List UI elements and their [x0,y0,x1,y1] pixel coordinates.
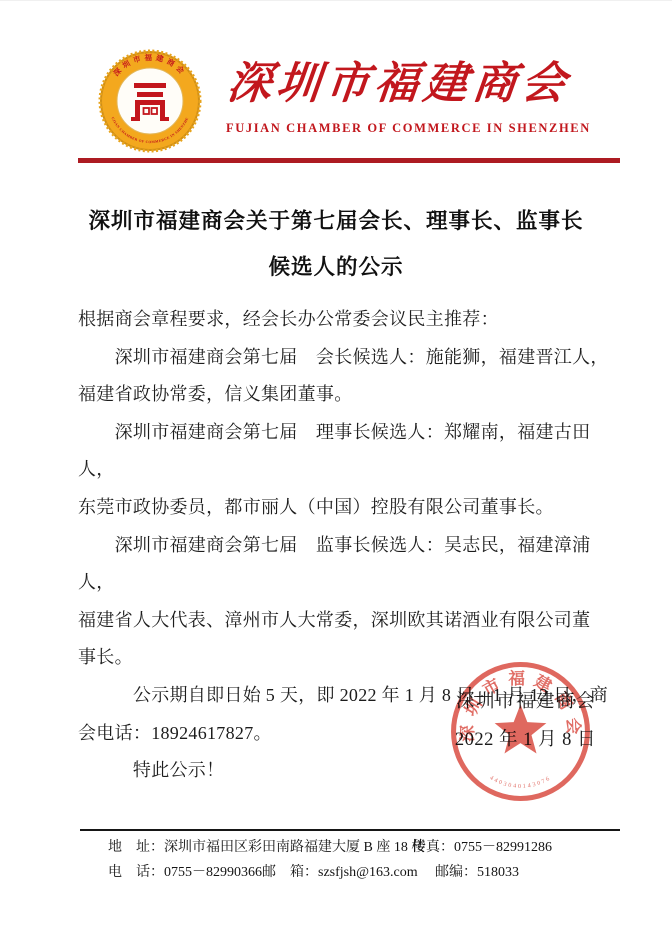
paragraph-intro: 根据商会章程要求，经会长办公常委会议民主推荐： [78,301,624,339]
paragraph-president-candidate: 深圳市福建商会第七届 会长候选人：施能狮，福建晋江人， 福建省政协常委，信义集团… [78,339,624,414]
footer-postal-code: 邮编：518033 [435,863,519,883]
document-title-line2: 候选人的公示 [36,244,636,290]
footer-email: 邮 箱：szsfjsh@163.com [262,863,418,883]
header-divider-rule [78,158,620,163]
org-name-english: FUJIAN CHAMBER OF COMMERCE IN SHENZHEN [226,121,572,136]
document-title: 深圳市福建商会关于第七届会长、理事长、监事长 候选人的公示 [36,198,636,290]
footer-address: 地 址：深圳市福田区彩田南路福建大厦 B 座 18 楼 [108,838,425,858]
footer-phone: 电 话：0755－82990366 [108,863,262,883]
footer-divider-rule [80,829,620,831]
footer-fax: 传真：0755－82991286 [412,838,552,858]
chamber-logo-icon: 深圳市福建商会 FUJIAN CHAMBER OF COMMERCE IN SH… [98,49,202,153]
seal-serial-number: 4403040143076 [488,775,552,790]
paragraph-council-chair-candidate: 深圳市福建商会第七届 理事长候选人：郑耀南，福建古田人， 东莞市政协委员，都市丽… [78,414,624,527]
paragraph-supervisor-chair-candidate: 深圳市福建商会第七届 监事长候选人：吴志民，福建漳浦人， 福建省人大代表、漳州市… [78,527,624,677]
document-title-line1: 深圳市福建商会关于第七届会长、理事长、监事长 [36,198,636,244]
seal-star-icon [495,704,547,753]
official-seal-stamp: 深圳市福建商会 4403040143076 [447,658,594,805]
org-name-calligraphy: 深圳市福建商会 [222,49,575,119]
official-notice-page: 深圳市福建商会 FUJIAN CHAMBER OF COMMERCE IN SH… [0,0,672,945]
